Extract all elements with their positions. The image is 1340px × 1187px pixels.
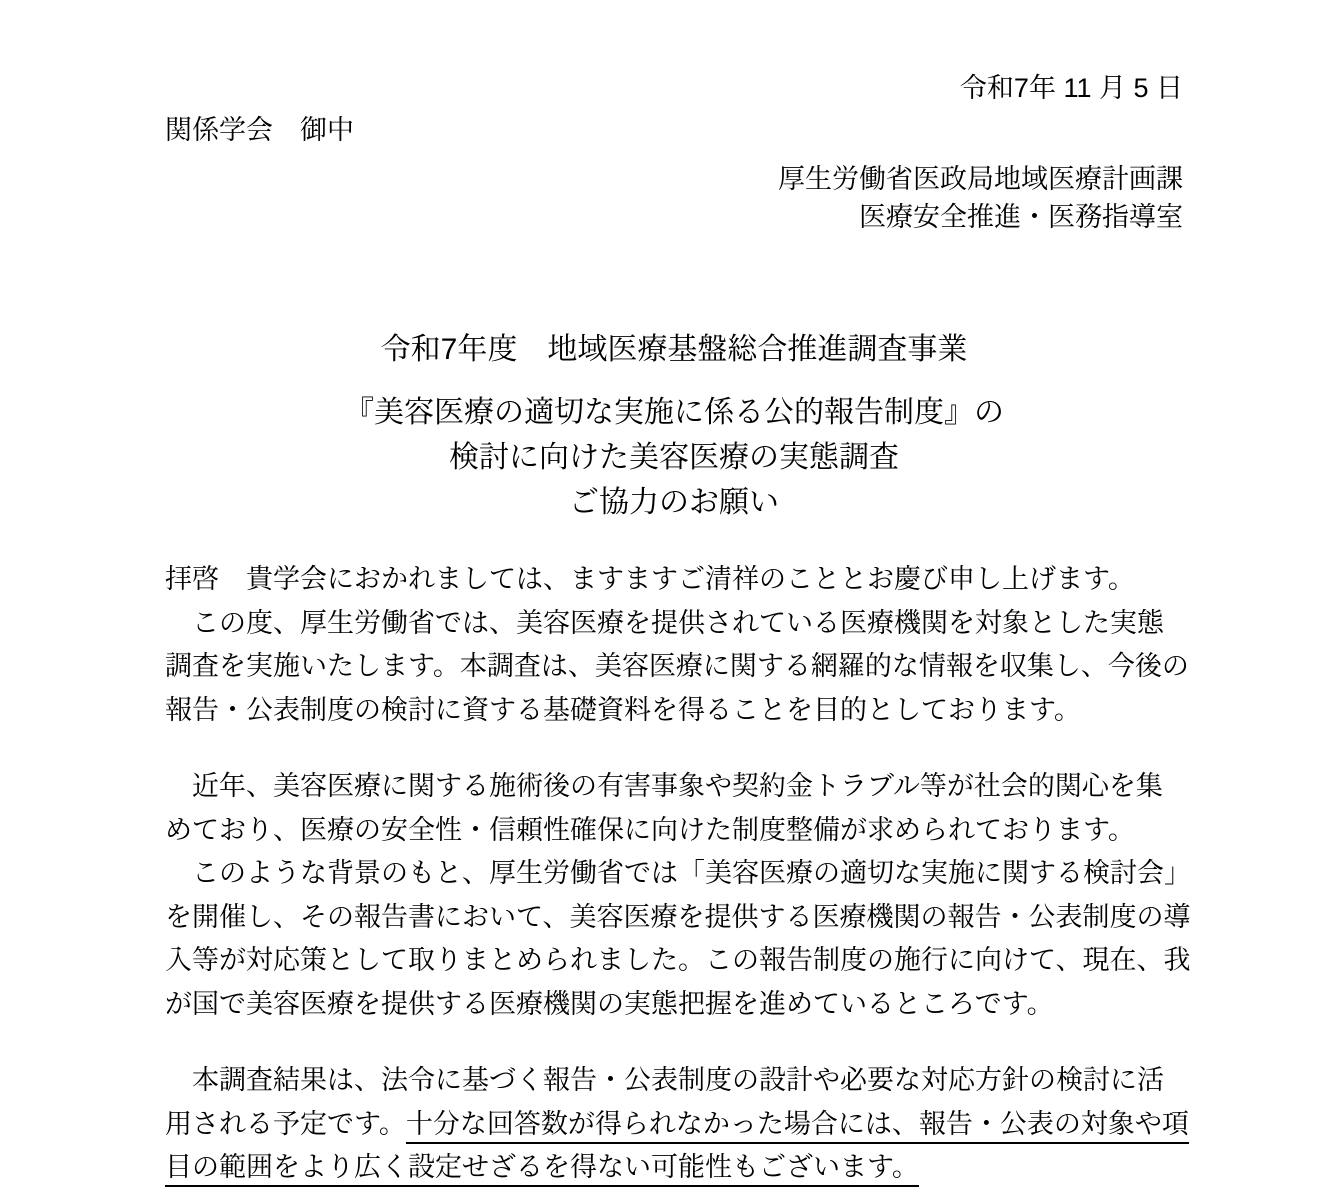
subtitle-line-3: ご協力のお願い xyxy=(165,480,1183,525)
text-segment: 用される予定です。 xyxy=(165,1109,406,1139)
body-line: を開催し、その報告書において、美容医療を提供する医療機関の報告・公表制度の導 xyxy=(165,896,1183,940)
body-line: 拝啓 貴学会におかれましては、ますますご清祥のこととお慶び申し上げます。 xyxy=(165,558,1183,602)
underlined-text: 目の範囲をより広く設定せざるを得ない可能性もございます。 xyxy=(165,1152,919,1187)
body-line: 用される予定です。十分な回答数が得られなかった場合には、報告・公表の対象や項 xyxy=(165,1103,1183,1147)
body-paragraph: 近年、美容医療に関する施術後の有害事象や契約金トラブル等が社会的関心を集めており… xyxy=(165,765,1183,1026)
text-segment: 報告・公表制度の検討に資する基礎資料を得ることを目的としております。 xyxy=(165,695,1081,725)
body-line: この度、厚生労働省では、美容医療を提供されている医療機関を対象とした実態 xyxy=(165,602,1183,646)
text-segment: めており、医療の安全性・信頼性確保に向けた制度整備が求められております。 xyxy=(165,815,1135,845)
subtitle-line-2: 検討に向けた美容医療の実態調査 xyxy=(165,435,1183,480)
text-segment: を開催し、その報告書において、美容医療を提供する医療機関の報告・公表制度の導 xyxy=(165,902,1190,932)
document-page: 令和7年 11 月 5 日 関係学会 御中 厚生労働省医政局地域医療計画課 医療… xyxy=(0,0,1340,1187)
document-title: 令和7年度 地域医療基盤総合推進調査事業 xyxy=(165,328,1183,372)
sender-department: 厚生労働省医政局地域医療計画課 xyxy=(165,160,1183,198)
body-line: が国で美容医療を提供する医療機関の実態把握を進めているところです。 xyxy=(165,983,1183,1027)
body-line: 入等が対応策として取りまとめられました。この報告制度の施行に向けて、現在、我 xyxy=(165,939,1183,983)
body-paragraph: 拝啓 貴学会におかれましては、ますますご清祥のこととお慶び申し上げます。 この度… xyxy=(165,558,1183,732)
text-segment: 調査を実施いたします。本調査は、美容医療に関する網羅的な情報を収集し、今後の xyxy=(165,651,1189,681)
text-segment: 本調査結果は、法令に基づく報告・公表制度の設計や必要な対応方針の検討に活 xyxy=(165,1065,1164,1095)
addressee: 関係学会 御中 xyxy=(165,115,1183,145)
text-segment: が国で美容医療を提供する医療機関の実態把握を進めているところです。 xyxy=(165,989,1054,1019)
body-line: このような背景のもと、厚生労働省では「美容医療の適切な実施に関する検討会」 xyxy=(165,852,1183,896)
document-date: 令和7年 11 月 5 日 xyxy=(165,73,1183,103)
document-content: 令和7年 11 月 5 日 関係学会 御中 厚生労働省医政局地域医療計画課 医療… xyxy=(0,0,1340,1187)
text-segment: 拝啓 貴学会におかれましては、ますますご清祥のこととお慶び申し上げます。 xyxy=(165,564,1135,594)
subtitle-line-1: 『美容医療の適切な実施に係る公的報告制度』の xyxy=(165,390,1183,435)
document-subtitle: 『美容医療の適切な実施に係る公的報告制度』の 検討に向けた美容医療の実態調査 ご… xyxy=(165,390,1183,525)
body-line: 目の範囲をより広く設定せざるを得ない可能性もございます。 xyxy=(165,1146,1183,1187)
text-segment: 近年、美容医療に関する施術後の有害事象や契約金トラブル等が社会的関心を集 xyxy=(165,771,1163,801)
sender-block: 厚生労働省医政局地域医療計画課 医療安全推進・医務指導室 xyxy=(165,160,1183,236)
body-line: 本調査結果は、法令に基づく報告・公表制度の設計や必要な対応方針の検討に活 xyxy=(165,1059,1183,1103)
body-line: 報告・公表制度の検討に資する基礎資料を得ることを目的としております。 xyxy=(165,689,1183,733)
body-line: 調査を実施いたします。本調査は、美容医療に関する網羅的な情報を収集し、今後の xyxy=(165,645,1183,689)
underlined-text: 十分な回答数が得られなかった場合には、報告・公表の対象や項 xyxy=(406,1109,1189,1144)
text-segment: このような背景のもと、厚生労働省では「美容医療の適切な実施に関する検討会」 xyxy=(165,858,1191,888)
body-text: 拝啓 貴学会におかれましては、ますますご清祥のこととお慶び申し上げます。 この度… xyxy=(165,558,1183,1187)
body-line: 近年、美容医療に関する施術後の有害事象や契約金トラブル等が社会的関心を集 xyxy=(165,765,1183,809)
text-segment: 入等が対応策として取りまとめられました。この報告制度の施行に向けて、現在、我 xyxy=(165,945,1190,975)
body-paragraph: 本調査結果は、法令に基づく報告・公表制度の設計や必要な対応方針の検討に活用される… xyxy=(165,1059,1183,1187)
sender-office: 医療安全推進・医務指導室 xyxy=(165,198,1183,236)
body-line: めており、医療の安全性・信頼性確保に向けた制度整備が求められております。 xyxy=(165,809,1183,853)
text-segment: この度、厚生労働省では、美容医療を提供されている医療機関を対象とした実態 xyxy=(165,608,1164,638)
